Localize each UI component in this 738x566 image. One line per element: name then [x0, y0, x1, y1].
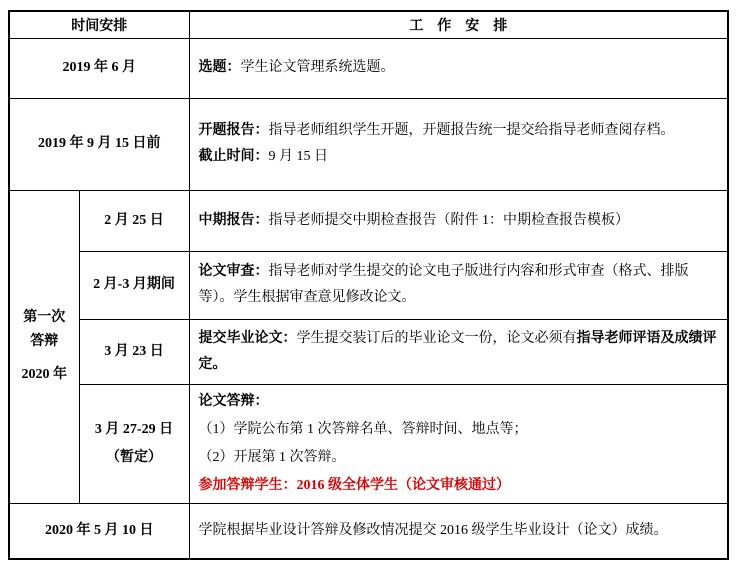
schedule-table: 时间安排 工 作 安 排 2019 年 6 月 选题：学生论文管理系统选题。 2… — [8, 10, 729, 560]
table-row: 第一次 答辩 2020 年 2 月 25 日 中期报告：指导老师提交中期检查报告… — [9, 190, 728, 251]
work-body-text: 学生论文管理系统选题。 — [241, 60, 395, 75]
time-cell-2019-06: 2019 年 6 月 — [9, 38, 189, 98]
header-time-column: 时间安排 — [9, 11, 189, 38]
work-lead-label: 论文答辩： — [199, 394, 269, 409]
work-lead-label: 论文审查： — [199, 264, 269, 279]
table-row: 2020 年 5 月 10 日 学院根据毕业设计答辩及修改情况提交 2016 级… — [9, 503, 728, 559]
work-cell-topic-selection: 选题：学生论文管理系统选题。 — [189, 38, 728, 98]
work-body-text: 学生提交装订后的毕业论文一份，论文必须有 — [297, 331, 577, 346]
time-cell-feb-25: 2 月 25 日 — [79, 190, 189, 251]
work-cell-final-grades: 学院根据毕业设计答辩及修改情况提交 2016 级学生毕业设计（论文）成绩。 — [189, 503, 728, 559]
time-cell-2020-05-10: 2020 年 5 月 10 日 — [9, 503, 189, 559]
work-cell-thesis-defense: 论文答辩： （1）学院公布第 1 次答辩名单、答辩时间、地点等； （2）开展第 … — [189, 384, 728, 503]
work-lead-label: 开题报告： — [199, 123, 269, 138]
defense-item-2: （2）开展第 1 次答辩。 — [199, 444, 719, 472]
table-row: 2019 年 9 月 15 日前 开题报告：指导老师组织学生开题，开题报告统一提… — [9, 98, 728, 190]
work-lead-label: 中期报告： — [199, 213, 269, 228]
time-cell-mar-23: 3 月 23 日 — [79, 319, 189, 384]
table-row: 2019 年 6 月 选题：学生论文管理系统选题。 — [9, 38, 728, 98]
group-label-line1: 第一次 — [12, 306, 77, 330]
header-row: 时间安排 工 作 安 排 — [9, 11, 728, 38]
time-cell-feb-mar: 2 月-3 月期间 — [79, 251, 189, 319]
work-body-text: 指导老师提交中期检查报告（附件 1：中期检查报告模板） — [269, 213, 630, 228]
work-cell-submit-thesis: 提交毕业论文：学生提交装订后的毕业论文一份，论文必须有指导老师评语及成绩评定。 — [189, 319, 728, 384]
defense-participants-highlight: 参加答辩学生：2016 级全体学生（论文审核通过） — [199, 472, 719, 500]
time-line-date: 3 月 27-29 日 — [82, 416, 187, 444]
time-line-tentative: （暂定） — [82, 444, 187, 472]
work-cell-midterm-report: 中期报告：指导老师提交中期检查报告（附件 1：中期检查报告模板） — [189, 190, 728, 251]
defense-item-1: （1）学院公布第 1 次答辩名单、答辩时间、地点等； — [199, 416, 719, 444]
deadline-text: 9 月 15 日 — [269, 149, 329, 164]
time-cell-2019-09-15: 2019 年 9 月 15 日前 — [9, 98, 189, 190]
table-row: 2 月-3 月期间 论文审查：指导老师对学生提交的论文电子版进行内容和形式审查（… — [9, 251, 728, 319]
deadline-label: 截止时间： — [199, 149, 269, 164]
header-work-column: 工 作 安 排 — [189, 11, 728, 38]
work-lead-label: 选题： — [199, 60, 241, 75]
work-cell-opening-report: 开题报告：指导老师组织学生开题，开题报告统一提交给指导老师查阅存档。 截止时间：… — [189, 98, 728, 190]
work-body-text: 指导老师组织学生开题，开题报告统一提交给指导老师查阅存档。 — [269, 123, 675, 138]
work-cell-thesis-review: 论文审查：指导老师对学生提交的论文电子版进行内容和形式审查（格式、排版等）。学生… — [189, 251, 728, 319]
work-lead-label: 提交毕业论文： — [199, 331, 297, 346]
table-row: 3 月 27-29 日 （暂定） 论文答辩： （1）学院公布第 1 次答辩名单、… — [9, 384, 728, 503]
work-body-text: 指导老师对学生提交的论文电子版进行内容和形式审查（格式、排版等）。学生根据审查意… — [199, 264, 689, 305]
table-row: 3 月 23 日 提交毕业论文：学生提交装订后的毕业论文一份，论文必须有指导老师… — [9, 319, 728, 384]
time-cell-mar-27-29: 3 月 27-29 日 （暂定） — [79, 384, 189, 503]
group-label-year: 2020 年 — [12, 363, 77, 387]
work-body-text: 学院根据毕业设计答辩及修改情况提交 2016 级学生毕业设计（论文）成绩。 — [199, 518, 719, 544]
group-cell-first-defense-2020: 第一次 答辩 2020 年 — [9, 190, 79, 503]
group-label-line2: 答辩 — [12, 330, 77, 354]
